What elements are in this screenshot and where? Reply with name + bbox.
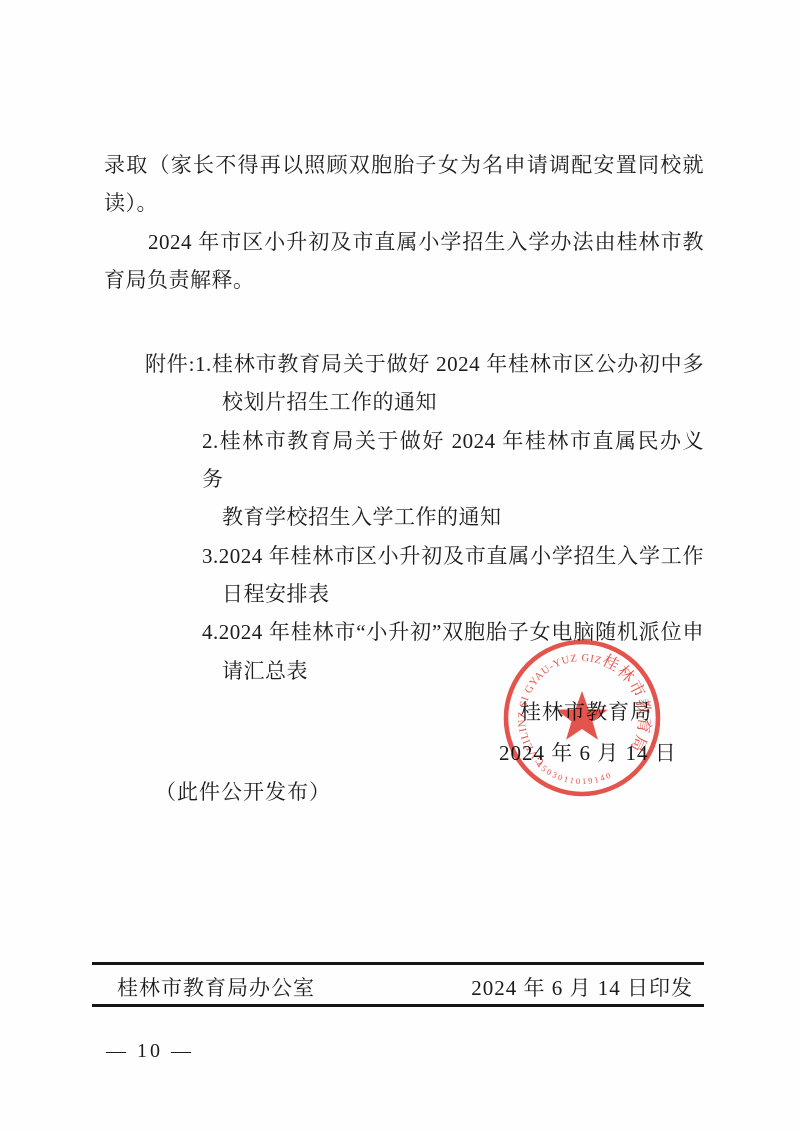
page-number: — 10 — <box>106 1040 194 1063</box>
footer-rule-bottom <box>92 1004 704 1007</box>
document-page: 录取（家长不得再以照顾双胞胎子女为名申请调配安置同校就 读）。 2024 年市区… <box>0 0 800 1131</box>
paragraph1-line2: 读）。 <box>104 184 704 222</box>
attachment-4-line2: 请汇总表 <box>104 652 704 690</box>
attachment-2-line1: 2.桂林市教育局关于做好 2024 年桂林市直属民办义务 <box>104 422 704 499</box>
footer-row: 桂林市教育局办公室 2024 年 6 月 14 日印发 <box>92 972 704 1002</box>
attachment-2-line2: 教育学校招生入学工作的通知 <box>104 498 704 536</box>
signature-date: 2024 年 6 月 14 日 <box>499 737 677 767</box>
footer-rule-top <box>92 962 704 965</box>
attachment-3-line2: 日程安排表 <box>104 575 704 613</box>
attachment-4-line1: 4.2024 年桂林市“小升初”双胞胎子女电脑随机派位申 <box>104 613 704 651</box>
document-body: 录取（家长不得再以照顾双胞胎子女为名申请调配安置同校就 读）。 2024 年市区… <box>104 146 704 690</box>
attachment-1-line1: 附件:1.桂林市教育局关于做好 2024 年桂林市区公办初中多 <box>104 345 704 383</box>
paragraph2-line1: 2024 年市区小升初及市直属小学招生入学办法由桂林市教 <box>104 223 704 261</box>
public-release-note: （此件公开发布） <box>155 776 331 806</box>
attachment-1-line2: 校划片招生工作的通知 <box>104 383 704 421</box>
footer-office: 桂林市教育局办公室 <box>117 972 315 1002</box>
paragraph1-line1: 录取（家长不得再以照顾双胞胎子女为名申请调配安置同校就 <box>104 146 704 184</box>
footer-print-date: 2024 年 6 月 14 日印发 <box>471 972 693 1002</box>
paragraph2-line2: 育局负责解释。 <box>104 261 704 299</box>
spacer <box>104 299 704 345</box>
attachment-3-line1: 3.2024 年桂林市区小升初及市直属小学招生入学工作 <box>104 537 704 575</box>
issuing-agency-signature: 桂林市教育局 <box>520 696 652 726</box>
